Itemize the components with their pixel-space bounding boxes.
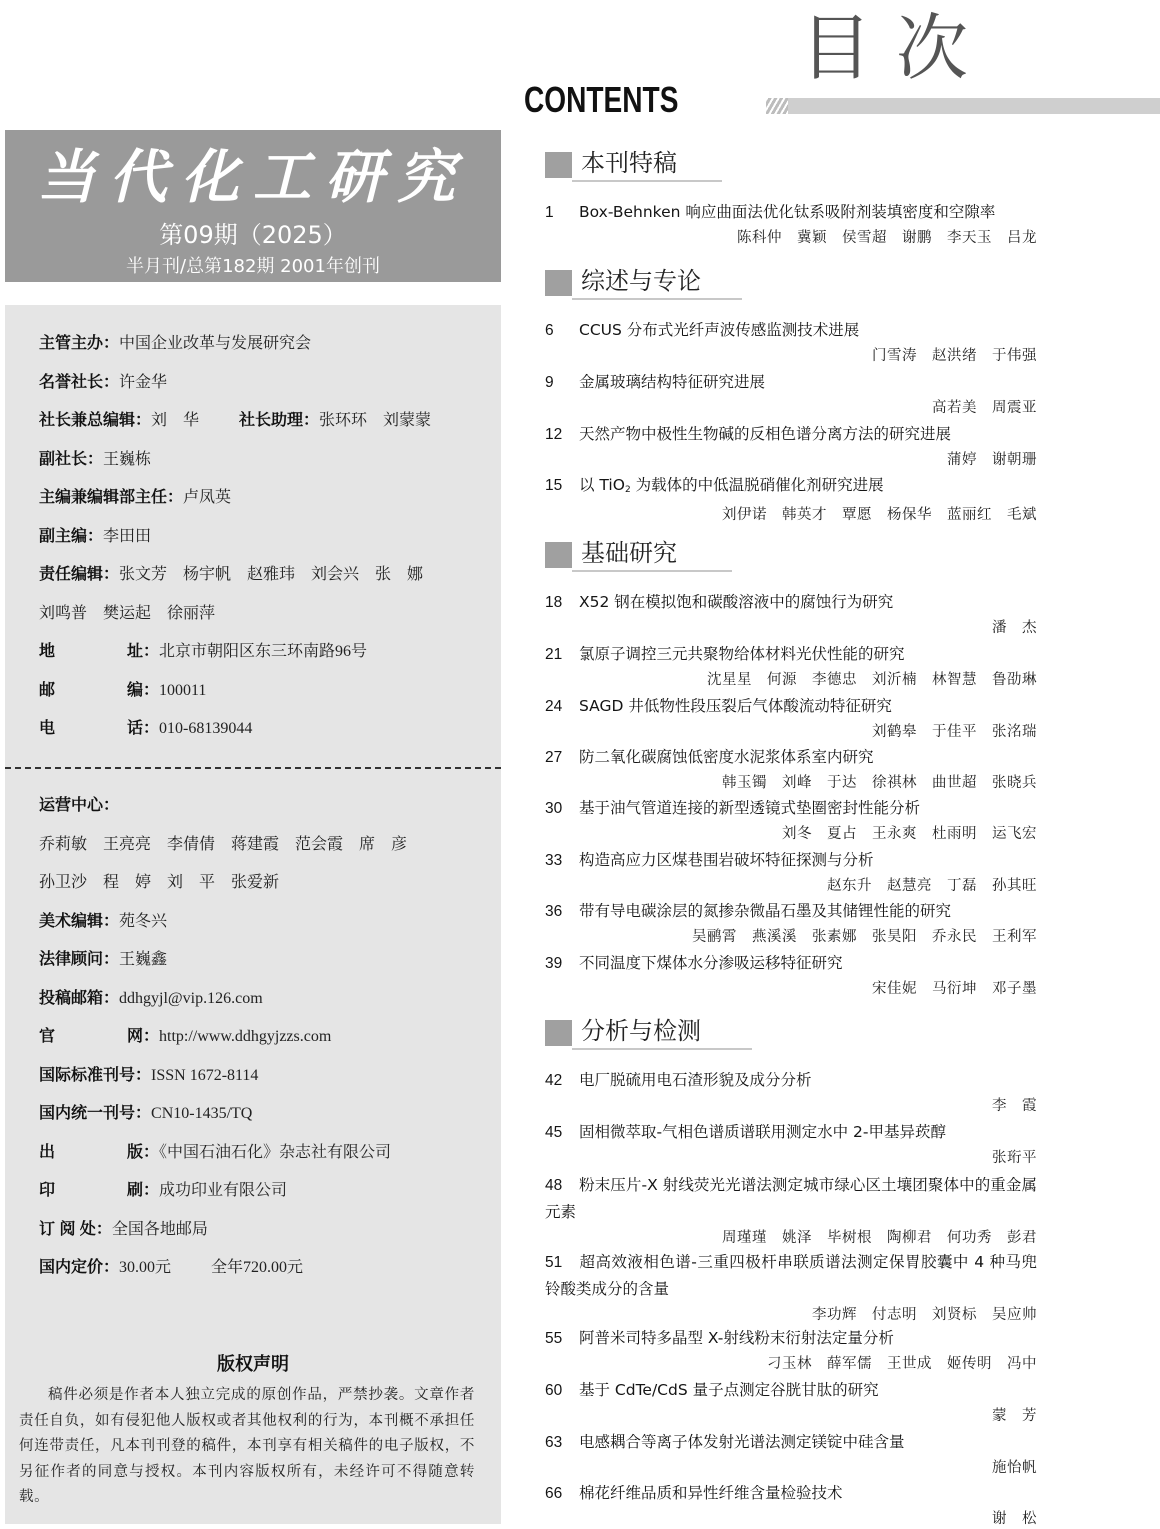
toc-entry[interactable]: 66棉花纤维品质和异性纤维含量检验技术谢 松 [545,1481,1037,1529]
article-authors: 周瑾瑾 姚泽 毕树根 陶柳君 何功秀 彭君 [545,1225,1037,1251]
article-authors: 刘伊诺 韩英才 覃愿 杨保华 蓝丽红 毛斌 [545,502,1037,528]
section-marker-icon [545,1020,572,1046]
copyright-title: 版权声明 [5,1350,501,1376]
issue-subtitle: 半月刊/总第182期 2001年创刊 [5,254,501,280]
article-authors: 蒙 芳 [545,1403,1037,1429]
toc-entry[interactable]: 51超高效液相色谱-三重四极杆串联质谱法测定保胃胶囊中 4 种马兜铃酸类成分的含… [545,1249,1037,1328]
section-marker-icon [545,152,572,178]
toc-entry[interactable]: 36带有导电碳涂层的氮掺杂微晶石墨及其储锂性能的研究吴鹂霄 燕溪溪 张素娜 张昊… [545,899,1037,950]
toc-entry[interactable]: 42电厂脱硫用电石渣形貌及成分分析李 霞 [545,1068,1037,1119]
section-title: 本刊特稿 [581,146,677,180]
toc-entry[interactable]: 6CCUS 分布式光纤声波传感监测技术进展门雪涛 赵洪绪 于伟强 [545,318,1037,369]
toc-entry[interactable]: 60基于 CdTe/CdS 量子点测定谷胱甘肽的研究蒙 芳 [545,1378,1037,1429]
article-authors: 吴鹂霄 燕溪溪 张素娜 张昊阳 乔永民 王利军 [545,924,1037,950]
article-title[interactable]: 45固相微萃取-气相色谱质谱联用测定水中 2-甲基异莰醇 [545,1120,1037,1145]
info-chief-editor: 主编兼编辑部主任：卢凤英 [39,486,231,509]
page-number: 24 [545,695,579,719]
info-website: 官网：http://www.ddhgyjzzs.com [39,1025,331,1048]
article-title[interactable]: 48粉末压片-X 射线荧光光谱法测定城市绿心区土壤团聚体中的重金属元素 [545,1172,1037,1225]
page-number: 18 [545,591,579,615]
article-authors: 李 霞 [545,1093,1037,1119]
info-cn: 国内统一刊号：CN10-1435/TQ [39,1102,252,1125]
article-authors: 刘冬 夏占 王永爽 杜雨明 运飞宏 [545,821,1037,847]
article-title[interactable]: 66棉花纤维品质和异性纤维含量检验技术 [545,1481,1037,1506]
info-vice-president: 副社长：王巍栋 [39,448,151,471]
toc-entry[interactable]: 18X52 钢在模拟饱和碳酸溶液中的腐蚀行为研究潘 杰 [545,590,1037,641]
article-title[interactable]: 15以 TiO2 为载体的中低温脱硝催化剂研究进展 [545,473,1037,502]
email-link[interactable]: ddhgyjl@vip.126.com [119,990,263,1007]
article-authors: 刁玉林 薛军儒 王世成 姬传明 冯中 [545,1351,1037,1377]
page-number: 48 [545,1173,579,1199]
journal-title: 当代化工研究 [5,142,501,212]
section-marker-icon [545,542,572,568]
info-address: 地址：北京市朝阳区东三环南路96号 [39,640,367,663]
page-number: 60 [545,1379,579,1403]
toc-entry[interactable]: 30基于油气管道连接的新型透镜式垫圈密封性能分析刘冬 夏占 王永爽 杜雨明 运飞… [545,796,1037,847]
page-number: 12 [545,423,579,447]
page-number: 27 [545,746,579,770]
section-title: 综述与专论 [581,264,701,298]
page-number: 39 [545,952,579,976]
toc-entry[interactable]: 48粉末压片-X 射线荧光光谱法测定城市绿心区土壤团聚体中的重金属元素周瑾瑾 姚… [545,1172,1037,1251]
toc-entry[interactable]: 12天然产物中极性生物碱的反相色谱分离方法的研究进展蒲婷 谢朝珊 [545,422,1037,473]
toc-entry[interactable]: 1Box-Behnken 响应曲面法优化钛系吸附剂装填密度和空隙率陈科仲 冀颖 … [545,200,1037,251]
article-title[interactable]: 24SAGD 井低物性段压裂后气体酸流动特征研究 [545,694,1037,719]
article-title[interactable]: 12天然产物中极性生物碱的反相色谱分离方法的研究进展 [545,422,1037,447]
article-authors: 沈星星 何源 李德忠 刘沂楠 林智慧 鲁劭琳 [545,667,1037,693]
page-number: 42 [545,1069,579,1093]
section-title: 基础研究 [581,536,677,570]
article-title[interactable]: 51超高效液相色谱-三重四极杆串联质谱法测定保胃胶囊中 4 种马兜铃酸类成分的含… [545,1249,1037,1302]
section-underline [572,1048,752,1050]
section-underline [572,298,742,300]
copyright-body: 稿件必须是作者本人独立完成的原创作品，严禁抄袭。文章作者责任自负，如有侵犯他人版… [19,1383,475,1511]
info-phone: 电话：010-68139044 [39,717,252,740]
article-authors: 施怡帆 [545,1455,1037,1481]
info-email: 投稿邮箱：ddhgyjl@vip.126.com [39,987,263,1010]
page-number: 55 [545,1327,579,1351]
page-number: 21 [545,643,579,667]
website-link[interactable]: http://www.ddhgyjzzs.com [159,1028,331,1045]
info-operations: 运营中心： [39,794,119,817]
info-postcode: 邮编：100011 [39,679,206,702]
editorial-info-panel: 主管主办：中国企业改革与发展研究会 名誉社长：许金华 社长兼总编辑：刘 华社长助… [5,305,501,1524]
info-subscription: 订 阅 处：全国各地邮局 [39,1218,208,1241]
section-title: 分析与检测 [581,1014,701,1048]
toc-entry[interactable]: 55阿普米司特多晶型 X-射线粉末衍射法定量分析刁玉林 薛军儒 王世成 姬传明 … [545,1326,1037,1377]
article-title[interactable]: 42电厂脱硫用电石渣形貌及成分分析 [545,1068,1037,1093]
article-authors: 张珩平 [545,1145,1037,1171]
article-authors: 刘鹤皋 于佳平 张洺瑞 [545,719,1037,745]
info-operations-staff-cont: 孙卫沙 程 婷 刘 平 张爱新 [39,871,279,894]
page-number: 66 [545,1482,579,1506]
article-authors: 赵东升 赵慧亮 丁磊 孙其旺 [545,873,1037,899]
article-title[interactable]: 1Box-Behnken 响应曲面法优化钛系吸附剂装填密度和空隙率 [545,200,1037,225]
info-responsible-editors-cont: 刘鸣普 樊运起 徐丽萍 [39,602,215,625]
info-responsible-editors: 责任编辑：张文芳 杨宇帆 赵雅玮 刘会兴 张 娜 [39,563,423,586]
toc-heading-chinese: 目次 [800,8,992,88]
article-title[interactable]: 21氯原子调控三元共聚物给体材料光伏性能的研究 [545,642,1037,667]
info-legal-advisor: 法律顾问：王巍鑫 [39,948,167,971]
article-authors: 李功辉 付志明 刘贤标 吴应帅 [545,1302,1037,1328]
page-number: 45 [545,1121,579,1145]
info-printer: 印刷：成功印业有限公司 [39,1179,287,1202]
page-number: 1 [545,201,579,225]
page-number: 9 [545,371,579,395]
article-authors: 韩玉镯 刘峰 于达 徐祺林 曲世超 张晓兵 [545,770,1037,796]
article-title[interactable]: 33构造高应力区煤巷围岩破坏特征探测与分析 [545,848,1037,873]
info-publisher: 出版：《中国石油石化》杂志社有限公司 [39,1141,391,1164]
article-authors: 宋佳妮 马衍坤 邓子墨 [545,976,1037,1002]
toc-entry[interactable]: 24SAGD 井低物性段压裂后气体酸流动特征研究刘鹤皋 于佳平 张洺瑞 [545,694,1037,745]
article-authors: 潘 杰 [545,615,1037,641]
article-title[interactable]: 27防二氧化碳腐蚀低密度水泥浆体系室内研究 [545,745,1037,770]
toc-entry[interactable]: 9金属玻璃结构特征研究进展高若美 周震亚 [545,370,1037,421]
section-marker-icon [545,270,572,296]
article-title[interactable]: 55阿普米司特多晶型 X-射线粉末衍射法定量分析 [545,1326,1037,1351]
info-sponsor: 主管主办：中国企业改革与发展研究会 [39,332,311,355]
article-title[interactable]: 36带有导电碳涂层的氮掺杂微晶石墨及其储锂性能的研究 [545,899,1037,924]
page-number: 15 [545,474,579,498]
page-number: 36 [545,900,579,924]
article-title[interactable]: 39不同温度下煤体水分渗吸运移特征研究 [545,951,1037,976]
info-price: 国内定价：30.00元全年720.00元 [39,1256,303,1279]
article-title[interactable]: 60基于 CdTe/CdS 量子点测定谷胱甘肽的研究 [545,1378,1037,1403]
article-title[interactable]: 30基于油气管道连接的新型透镜式垫圈密封性能分析 [545,796,1037,821]
page-number: 30 [545,797,579,821]
heading-stripes-decoration [766,98,788,114]
toc-heading-english: CONTENTS [524,78,678,122]
article-title[interactable]: 18X52 钢在模拟饱和碳酸溶液中的腐蚀行为研究 [545,590,1037,615]
toc-entry[interactable]: 33构造高应力区煤巷围岩破坏特征探测与分析赵东升 赵慧亮 丁磊 孙其旺 [545,848,1037,899]
page-number: 6 [545,319,579,343]
section-underline [572,570,732,572]
info-president: 社长兼总编辑：刘 华社长助理：张环环 刘蒙蒙 [39,409,431,432]
article-authors: 高若美 周震亚 [545,395,1037,421]
journal-masthead: 当代化工研究 第09期（2025） 半月刊/总第182期 2001年创刊 [5,130,501,282]
info-honorary-president: 名誉社长：许金华 [39,371,167,394]
info-deputy-editor: 副主编：李田田 [39,525,151,548]
info-art-editor: 美术编辑：苑冬兴 [39,910,167,933]
article-authors: 谢 松 [545,1506,1037,1529]
page-number: 63 [545,1431,579,1455]
toc-entry[interactable]: 27防二氧化碳腐蚀低密度水泥浆体系室内研究韩玉镯 刘峰 于达 徐祺林 曲世超 张… [545,745,1037,796]
article-title[interactable]: 63电感耦合等离子体发射光谱法测定镁锭中硅含量 [545,1430,1037,1455]
article-title[interactable]: 6CCUS 分布式光纤声波传感监测技术进展 [545,318,1037,343]
article-authors: 门雪涛 赵洪绪 于伟强 [545,343,1037,369]
article-authors: 蒲婷 谢朝珊 [545,447,1037,473]
toc-entry[interactable]: 45固相微萃取-气相色谱质谱联用测定水中 2-甲基异莰醇张珩平 [545,1120,1037,1171]
toc-entry[interactable]: 15以 TiO2 为载体的中低温脱硝催化剂研究进展刘伊诺 韩英才 覃愿 杨保华 … [545,473,1037,528]
toc-entry[interactable]: 63电感耦合等离子体发射光谱法测定镁锭中硅含量施怡帆 [545,1430,1037,1481]
info-operations-staff: 乔莉敏 王亮亮 李倩倩 蒋建霞 范会霞 席 彦 [39,833,407,856]
issue-number: 第09期（2025） [5,220,501,250]
page-number: 51 [545,1250,579,1276]
toc-entry[interactable]: 21氯原子调控三元共聚物给体材料光伏性能的研究沈星星 何源 李德忠 刘沂楠 林智… [545,642,1037,693]
page-number: 33 [545,849,579,873]
article-authors: 陈科仲 冀颖 侯雪超 谢鹏 李天玉 吕龙 [545,225,1037,251]
info-issn: 国际标准刊号：ISSN 1672-8114 [39,1064,258,1087]
heading-decorative-bar [770,98,1160,114]
toc-entry[interactable]: 39不同温度下煤体水分渗吸运移特征研究宋佳妮 马衍坤 邓子墨 [545,951,1037,1002]
section-underline [572,180,722,182]
dashed-divider [5,767,501,769]
article-title[interactable]: 9金属玻璃结构特征研究进展 [545,370,1037,395]
